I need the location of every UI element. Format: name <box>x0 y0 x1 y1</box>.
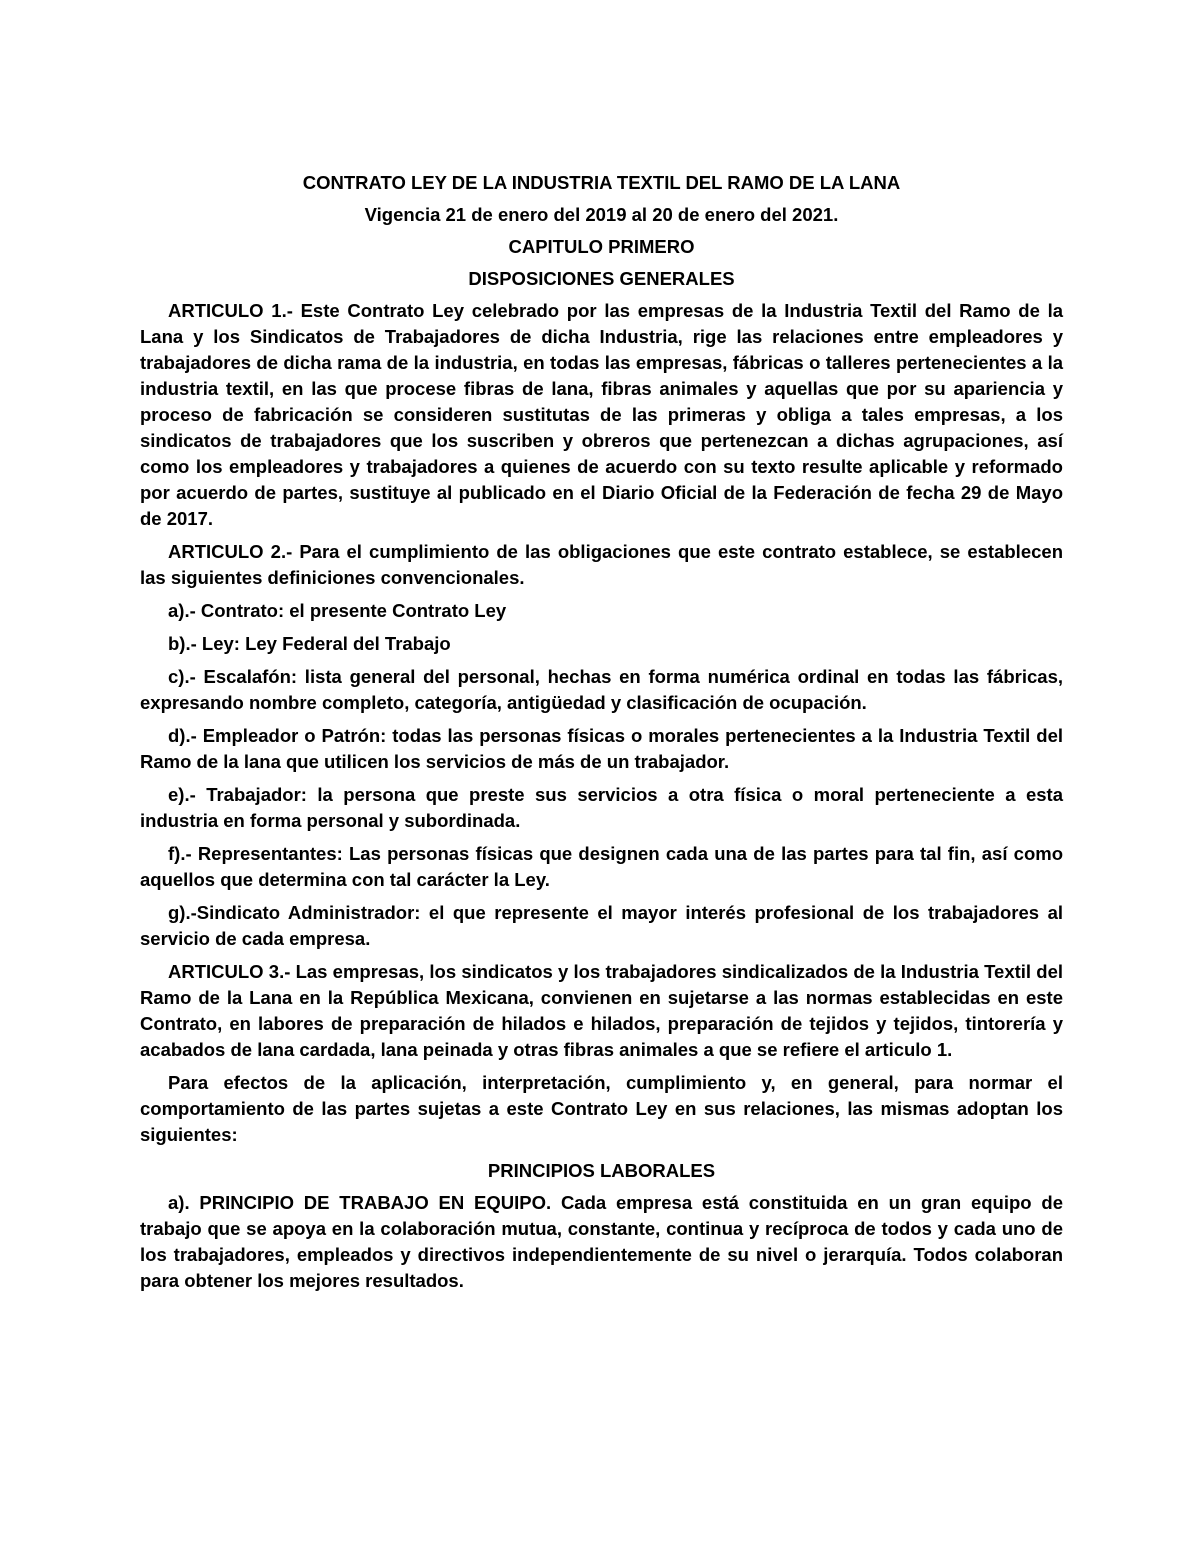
document-title: CONTRATO LEY DE LA INDUSTRIA TEXTIL DEL … <box>140 167 1063 199</box>
definition-item-d: d).- Empleador o Patrón: todas las perso… <box>140 723 1063 775</box>
articulo-1-paragraph: ARTICULO 1.- Este Contrato Ley celebrado… <box>140 298 1063 532</box>
definition-item-a: a).- Contrato: el presente Contrato Ley <box>140 598 1063 624</box>
definition-item-f: f).- Representantes: Las personas física… <box>140 841 1063 893</box>
definition-item-g: g).-Sindicato Administrador: el que repr… <box>140 900 1063 952</box>
chapter-heading: CAPITULO PRIMERO <box>140 231 1063 263</box>
section-heading: DISPOSICIONES GENERALES <box>140 263 1063 295</box>
principio-a-paragraph: a). PRINCIPIO DE TRABAJO EN EQUIPO. Cada… <box>140 1190 1063 1294</box>
document-vigencia: Vigencia 21 de enero del 2019 al 20 de e… <box>140 199 1063 231</box>
definition-item-c: c).- Escalafón: lista general del person… <box>140 664 1063 716</box>
articulo-3-paragraph: ARTICULO 3.- Las empresas, los sindicato… <box>140 959 1063 1063</box>
definition-item-e: e).- Trabajador: la persona que preste s… <box>140 782 1063 834</box>
para-efectos-paragraph: Para efectos de la aplicación, interpret… <box>140 1070 1063 1148</box>
articulo-2-paragraph: ARTICULO 2.- Para el cumplimiento de las… <box>140 539 1063 591</box>
definition-item-b: b).- Ley: Ley Federal del Trabajo <box>140 631 1063 657</box>
principios-laborales-heading: PRINCIPIOS LABORALES <box>140 1155 1063 1187</box>
document-page: CONTRATO LEY DE LA INDUSTRIA TEXTIL DEL … <box>140 167 1063 1301</box>
